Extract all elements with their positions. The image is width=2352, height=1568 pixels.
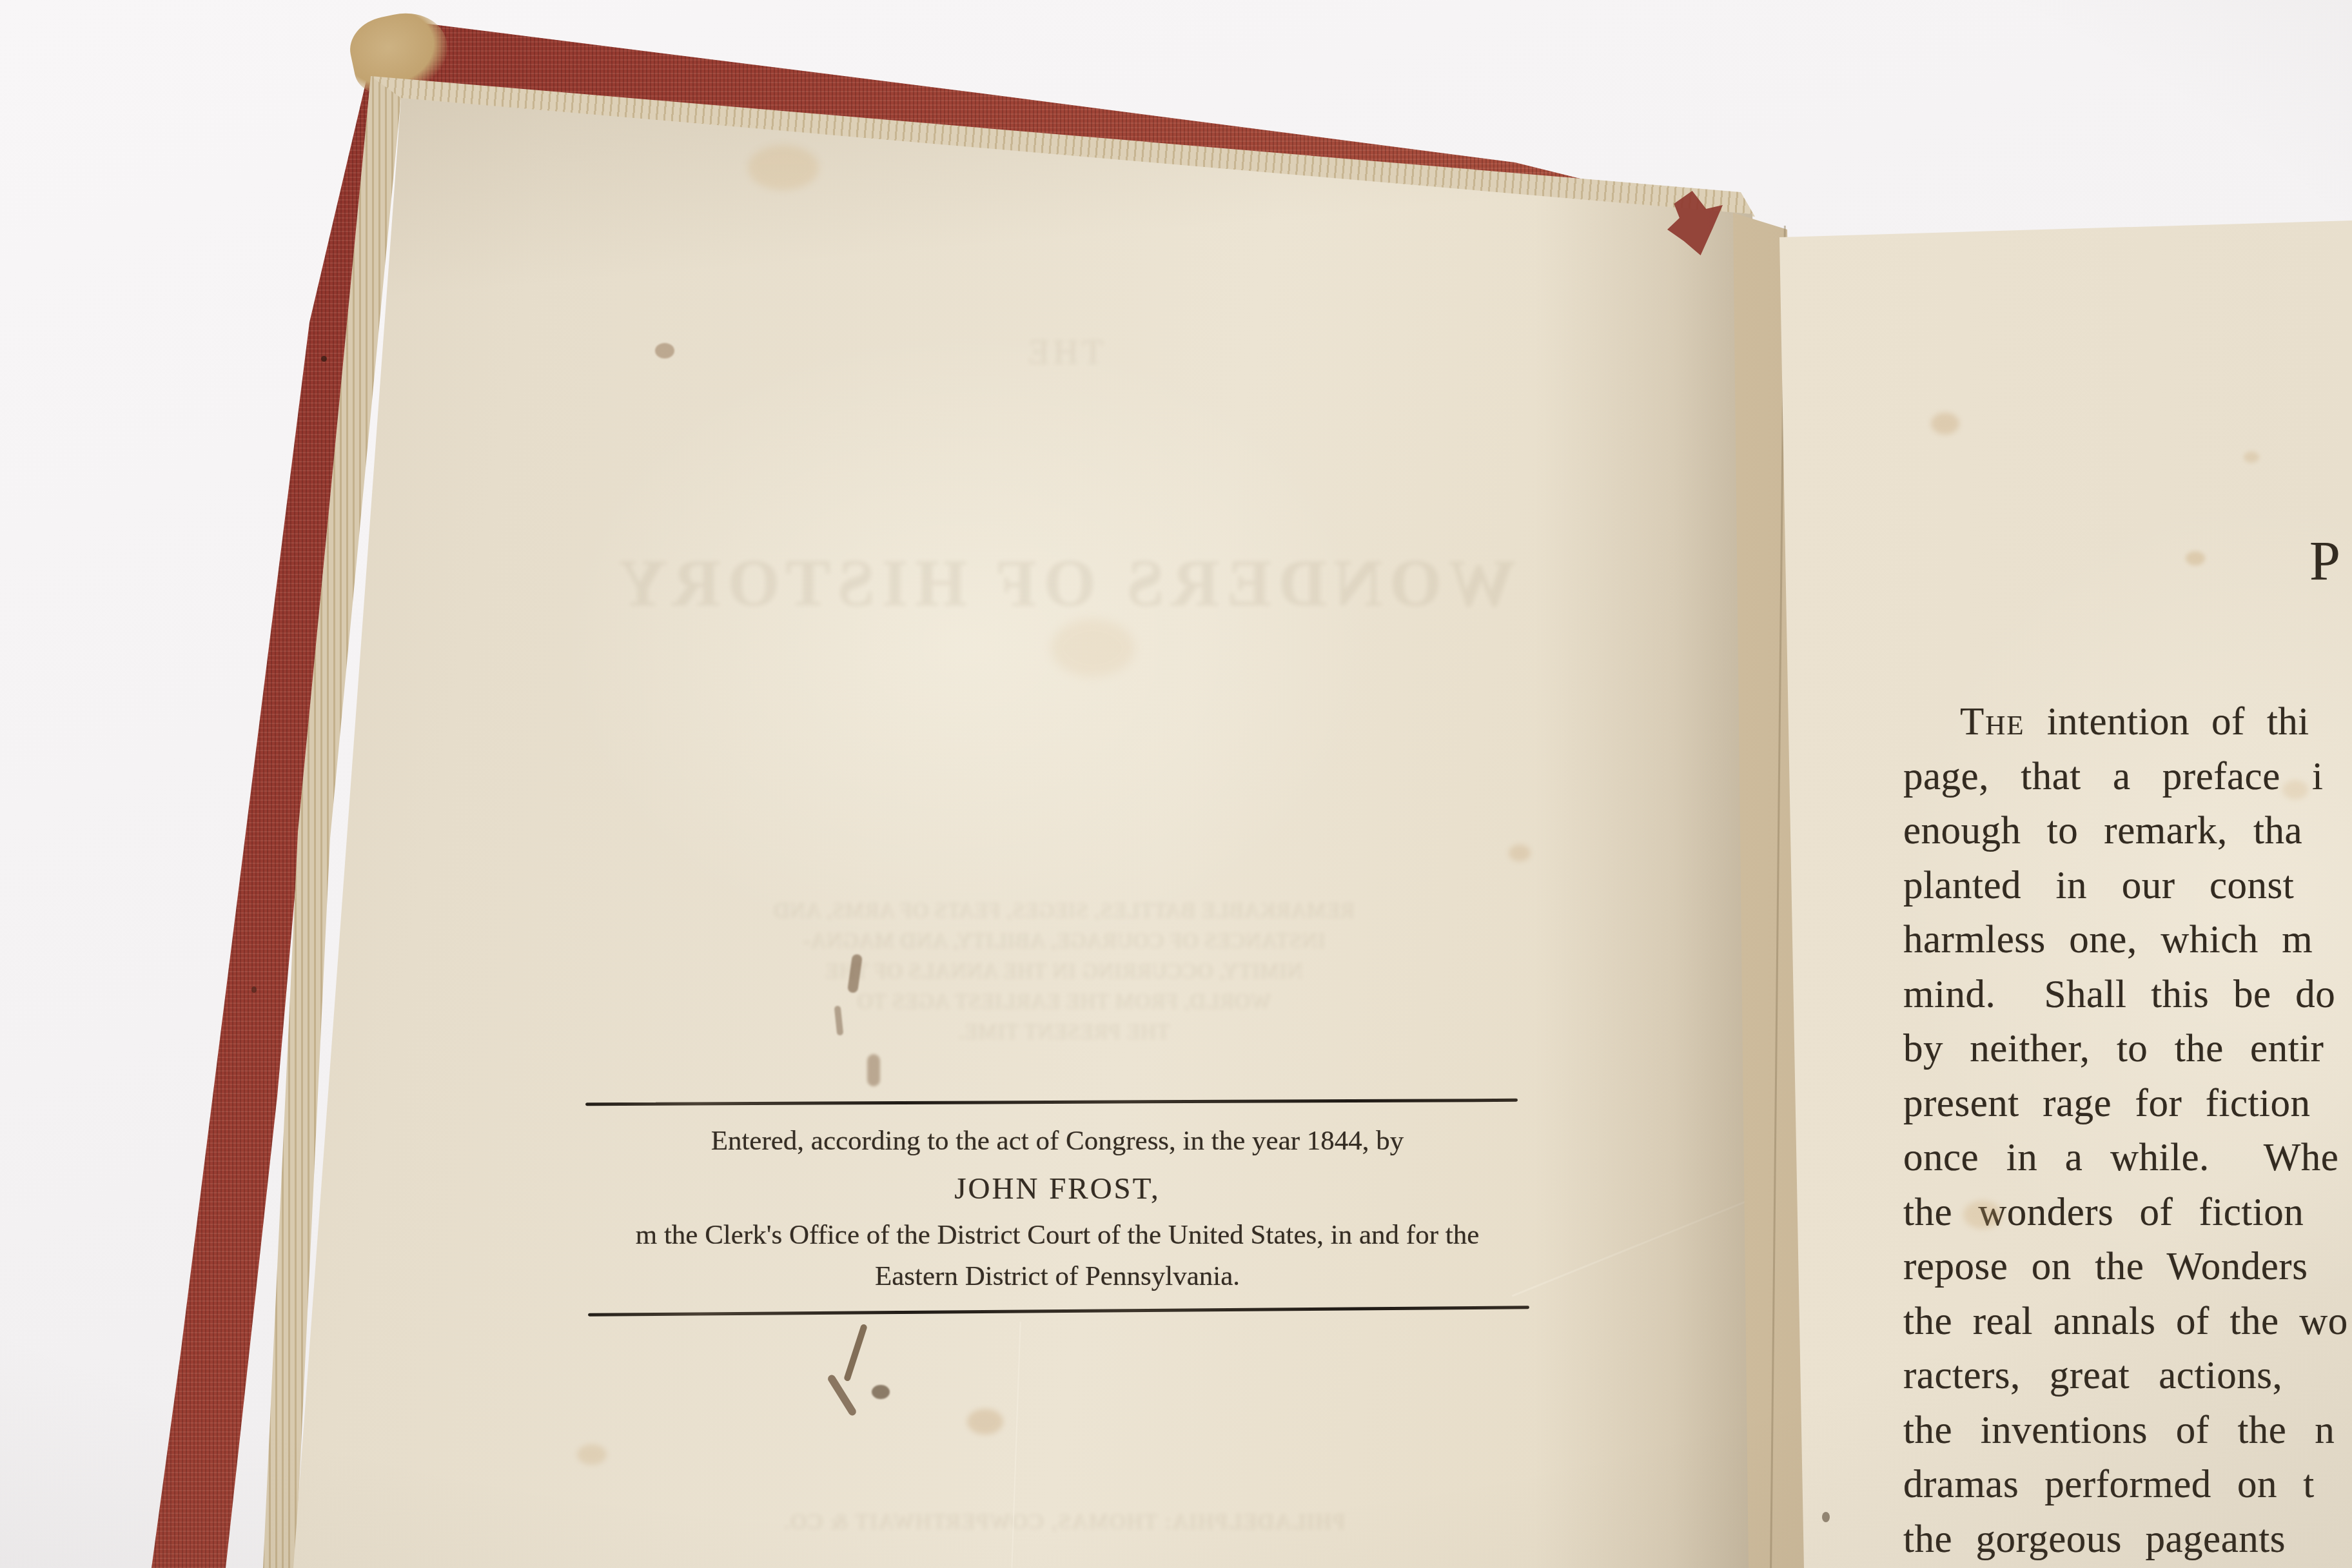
book-photograph: THE WONDERS OF HISTORY REMARKABLE BATTLE… [0,0,2352,1568]
vignette [0,0,2352,1568]
